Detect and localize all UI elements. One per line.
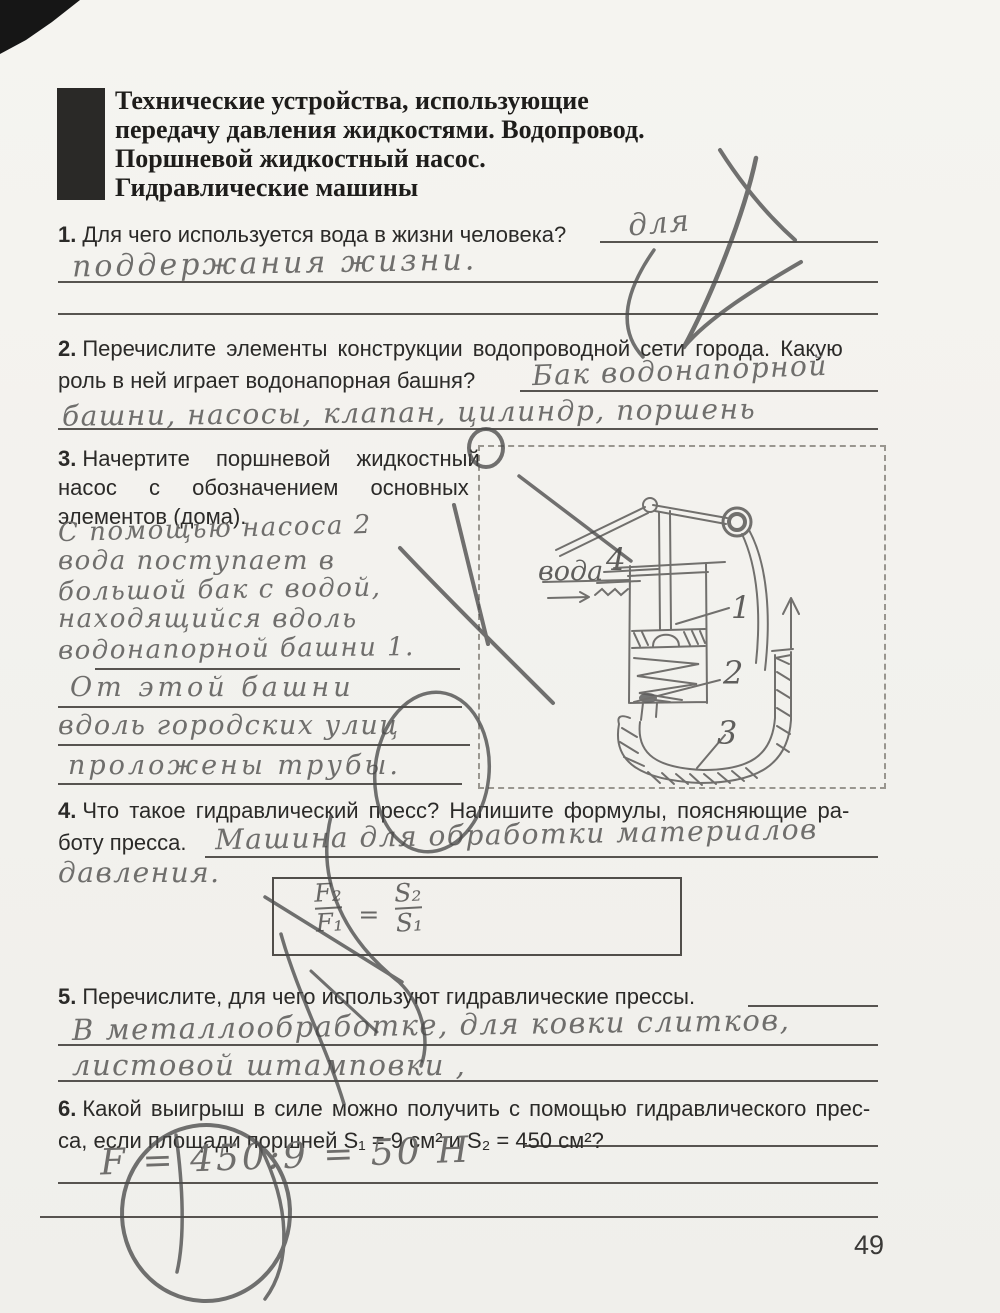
handwritten-answer-q3-line7: вдоль городских улиц [58,710,400,741]
question-4-number: 4. [58,798,76,823]
question-3-text-line2: насос с обозначением основных [58,475,469,501]
question-6-text-line1: Какой выигрыш в силе можно получить с по… [82,1096,870,1121]
handwritten-answer-q5-line2: листовой штамповки , [72,1048,466,1082]
page-title: передачу давления жидкостями. Водопровод… [115,115,645,144]
handwritten-formula: F₂ F₁ = S₂ S₁ [315,880,422,937]
formula-fraction-area: S₂ S₁ [394,879,424,937]
question-3: 3.Начертите поршневой жидкостный [58,446,480,472]
workbook-page: Технические устройства, использующие пер… [0,0,1000,1313]
answer-line [58,1182,878,1184]
formula-s1: S₁ [395,910,423,938]
answer-line [58,313,878,315]
answer-line [95,668,460,670]
handwritten-answer-q1: поддержания жизни. [72,242,478,284]
question-1-text: Для чего используется вода в жизни челов… [82,222,566,247]
handwritten-answer-q3-line4: находящийся вдоль [58,604,358,634]
formula-s2: S₂ [394,879,422,907]
question-1-number: 1. [58,222,76,247]
question-5-number: 5. [58,984,76,1009]
question-6: 6.Какой выигрыш в силе можно получить с … [58,1096,870,1122]
page-title: Поршневой жидкостный насос. [115,144,486,173]
question-6-number: 6. [58,1096,76,1121]
handwritten-answer-q3-line6: От этой башни [70,672,355,703]
handwritten-answer-q3-line3: большой бак с водой, [58,573,382,608]
diagram-label-4: 4 [606,542,626,578]
handwritten-answer-q1-inline: для [627,203,692,243]
question-2-text-line2: роль в ней играет водонапорная башня? [58,368,475,394]
answer-line [58,706,462,708]
question-4-text-line2: боту пресса. [58,830,187,856]
diagram-label-3: 3 [717,714,737,752]
question-1: 1.Для чего используется вода в жизни чел… [58,222,566,248]
formula-equals: = [358,900,379,929]
page-title: Гидравлические машины [115,173,418,202]
answer-underline [205,856,878,858]
handwritten-answer-q3-line8: проложены трубы. [68,750,401,781]
handwritten-answer-q4-line2: давления. [58,856,221,889]
formula-f1: F₁ [315,910,344,938]
diagram-label-voda: вода [538,556,603,587]
question-3-number: 3. [58,446,76,471]
answer-line [58,783,462,785]
formula-f2: F₂ [314,879,343,907]
answer-line [40,1216,878,1218]
page-number: 49 [820,1230,884,1261]
question-2-number: 2. [58,336,76,361]
handwritten-answer-q3-line5: водонапорной башни 1. [58,632,415,666]
drawing-area-box [478,445,886,789]
page-title: Технические устройства, использующие [115,86,589,115]
formula-fraction-force: F₂ F₁ [314,879,344,937]
diagram-label-2: 2 [723,654,743,692]
answer-line [58,744,470,746]
diagram-label-1: 1 [731,590,751,626]
chapter-marker-bar [57,88,105,200]
handwritten-answer-q3-line2: вода поступает в [58,546,335,576]
question-3-text-line1: Начертите поршневой жидкостный [82,446,479,471]
